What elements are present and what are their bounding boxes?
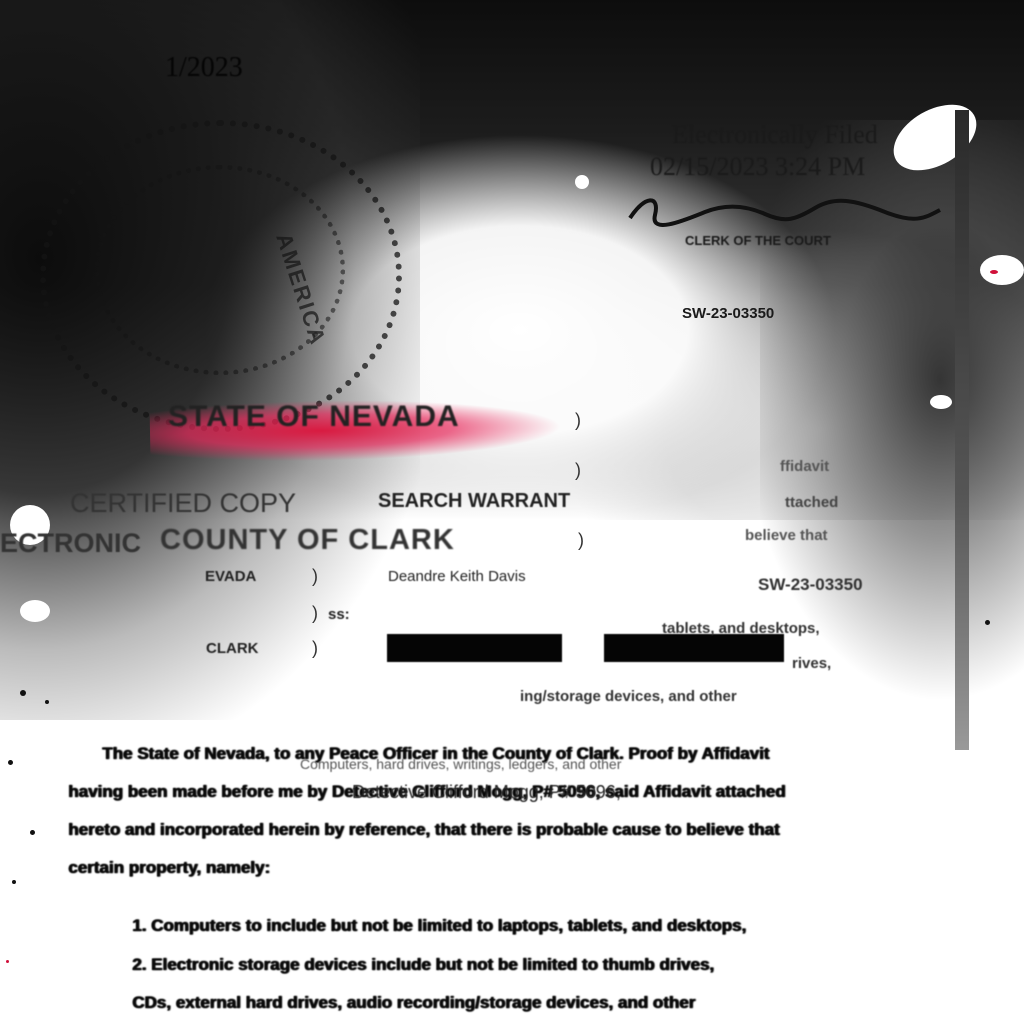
caption-paren: ) xyxy=(575,460,581,481)
electronic-stamp-fragment: ECTRONIC xyxy=(0,528,141,559)
ink-speck xyxy=(20,690,26,696)
warrant-subject: Deandre Keith Davis xyxy=(388,568,526,585)
paper-hole xyxy=(20,600,50,622)
paper-hole xyxy=(575,175,589,189)
state-heading: STATE OF NEVADA xyxy=(168,400,460,434)
ink-speck xyxy=(985,620,990,625)
binding-edge-bar xyxy=(955,110,969,750)
top-date-fragment: 1/2023 xyxy=(165,52,243,84)
faded-fragment: rives, xyxy=(792,655,831,672)
property-list-item: 1. Computers to include but not be limit… xyxy=(132,916,746,936)
ink-speck xyxy=(30,830,35,835)
property-list-item: 2. Electronic storage devices include bu… xyxy=(132,955,714,975)
filed-datetime: 02/15/2023 3:24 PM xyxy=(650,152,865,182)
faded-fragment: tablets, and desktops, xyxy=(662,620,820,637)
warrant-title: SEARCH WARRANT xyxy=(378,490,570,513)
certified-copy-stamp: CERTIFIED COPY xyxy=(70,488,296,519)
caption-county-short: CLARK xyxy=(206,640,259,657)
redaction-bar-1 xyxy=(387,634,562,662)
caption-state-short: EVADA xyxy=(205,568,256,585)
caption-paren: ) xyxy=(575,410,581,431)
ghost-overlay-line: Computers, hard drives, writings, ledger… xyxy=(300,756,621,772)
filed-label: Electronically Filed xyxy=(672,120,878,150)
signature-icon xyxy=(625,190,945,230)
faded-fragment: ttached xyxy=(785,494,838,511)
caption-paren: ) xyxy=(312,603,318,624)
county-heading: COUNTY OF CLARK xyxy=(160,524,455,557)
paper-hole xyxy=(930,395,952,409)
ink-speck xyxy=(45,700,49,704)
paper-hole xyxy=(980,255,1024,285)
caption-paren: ) xyxy=(312,566,318,587)
body-paragraph-line: hereto and incorporated herein by refere… xyxy=(68,820,779,840)
faded-fragment-case-number: SW-23-03350 xyxy=(758,575,863,595)
red-ink-speck xyxy=(6,960,9,963)
faded-fragment: ffidavit xyxy=(780,458,829,475)
redaction-bar-2 xyxy=(604,634,784,662)
ink-speck xyxy=(8,760,13,765)
faded-fragment: believe that xyxy=(745,527,828,544)
case-number: SW-23-03350 xyxy=(682,305,774,322)
body-paragraph-line: certain property, namely: xyxy=(68,858,270,878)
detective-name-overlay: Detective Clifford Mogg, P# 5096, xyxy=(352,782,621,803)
clerk-label: CLERK OF THE COURT xyxy=(685,233,831,248)
caption-paren: ) xyxy=(578,530,584,551)
red-ink-speck xyxy=(990,270,998,274)
ink-speck xyxy=(12,880,16,884)
caption-paren: ) xyxy=(312,638,318,659)
faded-fragment: ing/storage devices, and other xyxy=(520,688,737,705)
ss-label: ss: xyxy=(328,606,350,623)
property-list-item: CDs, external hard drives, audio recordi… xyxy=(132,993,695,1013)
